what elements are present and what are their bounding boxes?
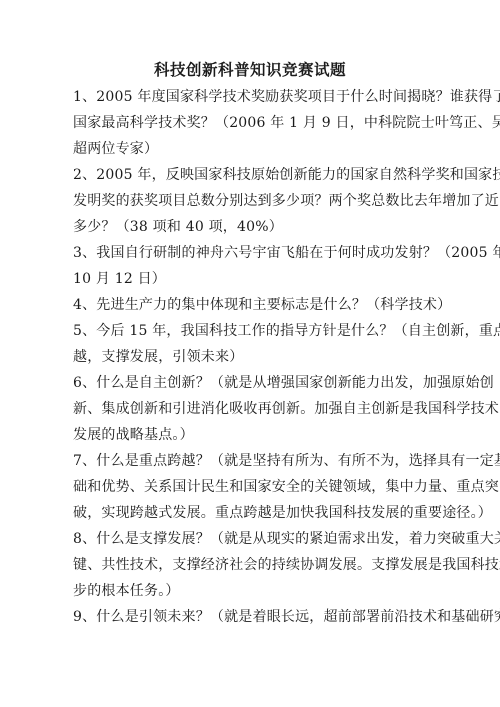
- text-line: 5、今后 15 年，我国科技工作的指导方针是什么？（自主创新，重点跨: [73, 318, 429, 344]
- text-line: 多少？（38 项和 40 项，40%）: [73, 214, 429, 240]
- text-line: 国家最高科学技术奖？（2006 年 1 月 9 日，中科院院士叶笃正、吴孟: [73, 110, 429, 136]
- text-line: 超两位专家）: [73, 136, 429, 162]
- text-line: 10 月 12 日）: [73, 266, 429, 292]
- text-line: 新、集成创新和引进消化吸收再创新。加强自主创新是我国科学技术: [73, 396, 429, 422]
- text-line: 步的根本任务。）: [73, 578, 429, 604]
- text-line: 破，实现跨越式发展。重点跨越是加快我国科技发展的重要途径。）: [73, 500, 429, 526]
- text-line: 4、先进生产力的集中体现和主要标志是什么？（科学技术）: [73, 292, 429, 318]
- text-line: 键、共性技术，支撑经济社会的持续协调发展。支撑发展是我国科技进: [73, 552, 429, 578]
- text-line: 8、什么是支撑发展？（就是从现实的紧迫需求出发，着力突破重大关: [73, 526, 429, 552]
- text-line: 2、2005 年，反映国家科技原始创新能力的国家自然科学奖和国家技术: [73, 162, 429, 188]
- document-page: 科技创新科普知识竞赛试题 1、2005 年度国家科学技术奖励获奖项目于什么时间揭…: [0, 0, 500, 707]
- text-line: 7、什么是重点跨越？（就是坚持有所为、有所不为，选择具有一定基: [73, 448, 429, 474]
- document-title: 科技创新科普知识竞赛试题: [0, 59, 500, 81]
- text-line: 3、我国自行研制的神舟六号宇宙飞船在于何时成功发射？（2005 年: [73, 240, 429, 266]
- text-line: 发展的战略基点。）: [73, 422, 429, 448]
- text-line: 发明奖的获奖项目总数分别达到多少项？两个奖总数比去年增加了近: [73, 188, 429, 214]
- text-line: 1、2005 年度国家科学技术奖励获奖项目于什么时间揭晓？谁获得了: [73, 84, 429, 110]
- text-line: 9、什么是引领未来？（就是着眼长远，超前部署前沿技术和基础研究，: [73, 604, 429, 630]
- text-line: 越，支撑发展，引领未来）: [73, 344, 429, 370]
- document-body: 1、2005 年度国家科学技术奖励获奖项目于什么时间揭晓？谁获得了 国家最高科学…: [73, 84, 429, 630]
- text-line: 础和优势、关系国计民生和国家安全的关键领域，集中力量、重点突: [73, 474, 429, 500]
- text-line: 6、什么是自主创新？（就是从增强国家创新能力出发，加强原始创: [73, 370, 429, 396]
